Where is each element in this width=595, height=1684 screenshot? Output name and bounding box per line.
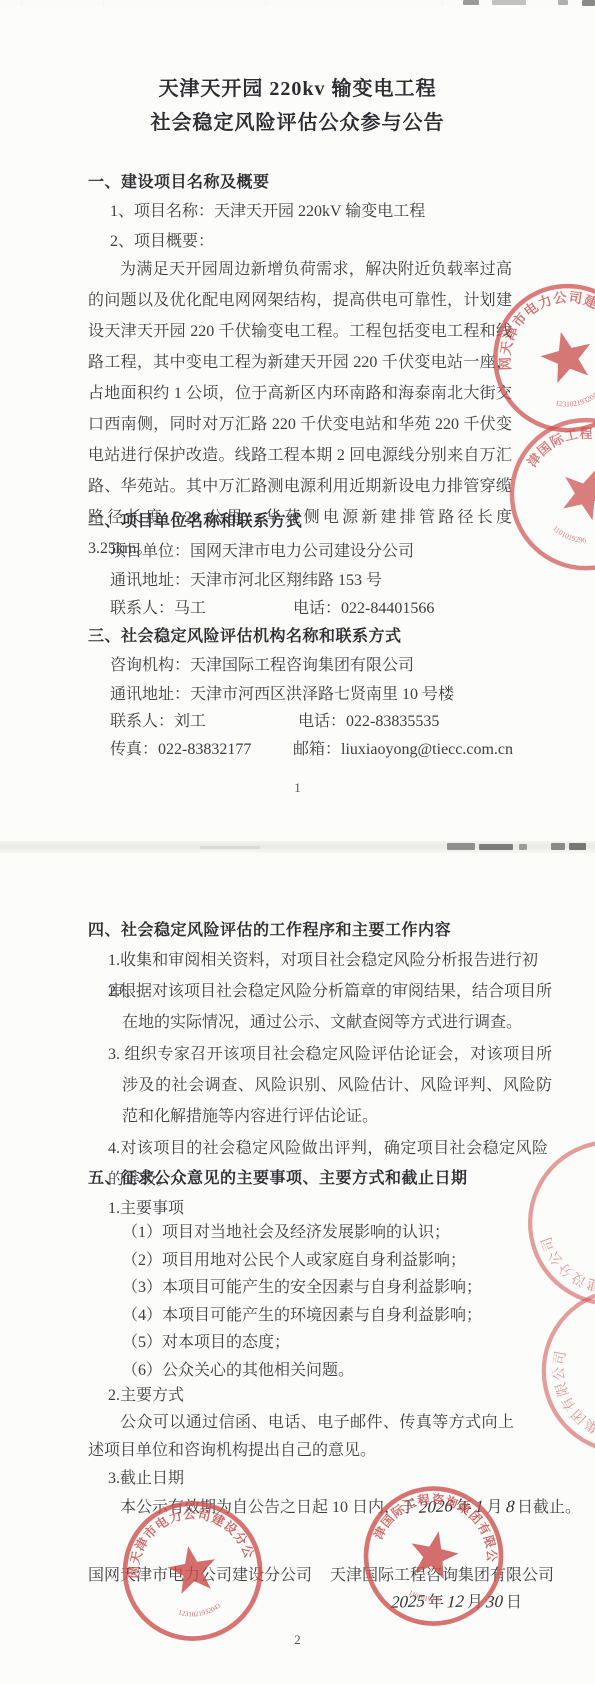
section4-heading: 四、社会稳定风险评估的工作程序和主要工作内容 — [88, 921, 451, 941]
owner-contact: 联系人：马工 — [110, 599, 206, 619]
consultant-seal-partial: 天津国际工程咨询集团有限公司 — [526, 1268, 595, 1470]
sub-item-matters: 1.主要事项 — [108, 1199, 184, 1219]
seal-serial-text: 1101019296 — [406, 1588, 443, 1606]
method-paragraph: 公众可以通过信函、电话、电子邮件、传真等方式向上述项目单位和咨询机构提出自己的意… — [88, 1409, 514, 1465]
matter-item-5: （5）对本项目的态度； — [122, 1329, 482, 1357]
matter-item-4: （4）本项目可能产生的环境因素与自身利益影响； — [122, 1302, 482, 1330]
page1-number: 1 — [0, 780, 595, 796]
power-company-seal-bottom: 国网天津市电力公司建设分公司 1231021932043 — [106, 1484, 281, 1663]
sub-item-deadline: 3.截止日期 — [108, 1469, 184, 1489]
section1-heading: 一、建设项目名称及概要 — [88, 173, 270, 193]
matter-item-6: （6）公众关心的其他相关问题。 — [122, 1357, 482, 1385]
consultant-contact: 联系人：刘工 — [110, 712, 206, 732]
deadline-suffix: 日截止。 — [517, 1499, 581, 1516]
sub-item-method: 2.主要方式 — [108, 1386, 184, 1406]
procedure-item-2: 2.根据对该项目社会稳定风险分析篇章的审阅结果，结合项目所在地的实际情况，通过公… — [108, 976, 552, 1038]
section5-heading: 五、征求公众意见的主要事项、主要方式和截止日期 — [88, 1169, 468, 1189]
doc-title-line2: 社会稳定风险评估公众参与公告 — [0, 106, 595, 135]
consultant-email: 邮箱：liuxiaoyong@tiecc.com.cn — [293, 740, 513, 760]
project-summary-label: 2、项目概要： — [110, 232, 214, 252]
seal-serial-text: 1231021932043 — [176, 1601, 224, 1622]
matter-item-1: （1）项目对当地社会及经济发展影响的认识； — [122, 1219, 482, 1247]
scan-noise-mid — [569, 843, 586, 850]
matter-item-3: （3）本项目可能产生的安全因素与自身利益影响； — [122, 1274, 482, 1302]
page-2: 四、社会稳定风险评估的工作程序和主要工作内容 1.收集和审阅相关资料，对项目社会… — [0, 853, 595, 1684]
consultant-company-seal-bottom: 天津国际工程咨询集团有限公司 1101019296 — [344, 1467, 523, 1650]
doc-title-line1: 天津天开园 220kv 输变电工程 — [0, 72, 595, 101]
section2-heading: 二、项目单位名称和联系方式 — [88, 512, 303, 532]
procedure-item-3: 3. 组织专家召开该项目社会稳定风险评估论证会，对该项目所涉及的社会调查、风险识… — [108, 1039, 552, 1132]
scan-noise-top — [558, 0, 568, 5]
svg-text:1231021932043: 1231021932043 — [176, 1601, 224, 1622]
consultant-fax: 传真：022-83832177 — [110, 740, 251, 760]
scan-noise-mid — [200, 846, 260, 849]
consultant-phone: 电话：022-83835535 — [298, 712, 439, 732]
seal-serial-text: 1101019296 — [550, 523, 590, 548]
matters-list: （1）项目对当地社会及经济发展影响的认识； （2）项目用地对公民个人或家庭自身利… — [122, 1219, 482, 1384]
owner-address-line: 通讯地址：天津市河北区翔纬路 153 号 — [110, 571, 382, 591]
project-name-line: 1、项目名称：天津天开园 220kV 输变电工程 — [110, 202, 425, 222]
svg-text:1101019296: 1101019296 — [550, 523, 590, 548]
scan-noise-top — [492, 0, 526, 5]
scanned-notice-document: { "page1": { "title1": "天津天开园 220kv 输变电工… — [0, 0, 595, 1684]
section3-heading: 三、社会稳定风险评估机构名称和联系方式 — [88, 627, 402, 647]
owner-phone: 电话：022-84401566 — [293, 599, 434, 619]
page2-number: 2 — [0, 1632, 595, 1648]
svg-text:1101019296: 1101019296 — [406, 1588, 443, 1606]
scan-noise-mid — [447, 843, 475, 850]
consultant-address-line: 通讯地址：天津市河西区洪泽路七贤南里 10 号楼 — [110, 685, 454, 705]
matter-item-2: （2）项目用地对公民个人或家庭自身利益影响； — [122, 1247, 482, 1275]
date-day-unit: 日 — [506, 1594, 522, 1611]
scan-noise-mid — [519, 844, 527, 850]
owner-line: 项目单位：国网天津市电力公司建设分公司 — [110, 542, 414, 562]
page-1: 天津天开园 220kv 输变电工程 社会稳定风险评估公众参与公告 一、建设项目名… — [0, 6, 595, 844]
scan-noise-top — [463, 0, 479, 5]
scan-noise-mid — [551, 843, 565, 850]
consultant-line: 咨询机构：天津国际工程咨询集团有限公司 — [110, 656, 414, 676]
scan-noise-mid — [479, 844, 513, 850]
